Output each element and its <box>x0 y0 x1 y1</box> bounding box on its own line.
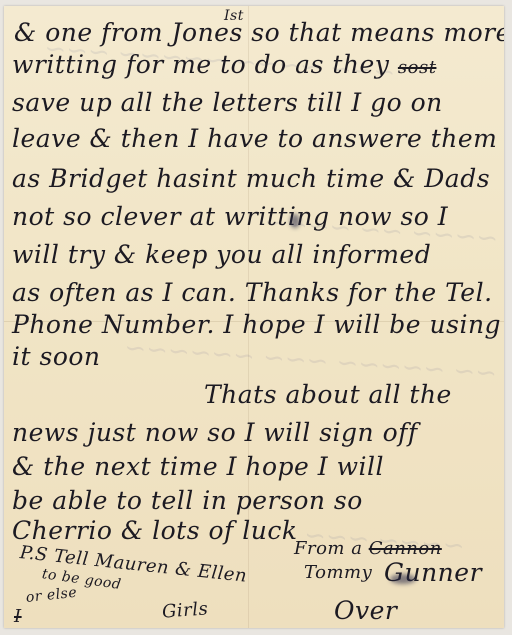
letter-line-9: Phone Number. I hope I will be using <box>12 310 501 339</box>
letter-line-2-text: writting for me to do as they <box>12 50 389 79</box>
over-note: Over <box>334 596 397 625</box>
signature-from: From a Cannon <box>294 538 442 559</box>
postscript-line-3: or else <box>25 585 78 606</box>
signature-struck-word: Cannon <box>369 538 442 559</box>
letter-line-2: writting for me to do as they sost <box>12 50 436 79</box>
signature-name: Tommy <box>304 562 372 583</box>
letter-line-13: & the next time I hope I will <box>12 452 384 481</box>
letter-line-10: it soon <box>12 342 101 371</box>
letter-page: ~~~ ~~~~ ~~~~~ ~~~ ~~~~ ~~ ~~~~ ~~ ~~~~~… <box>4 6 504 628</box>
letter-line-11: Thats about all the <box>204 380 452 409</box>
letter-line-1: & one from Jones so that means more <box>14 18 504 47</box>
ink-smudge <box>390 574 416 584</box>
ink-blot <box>290 214 300 228</box>
letter-line-3: save up all the letters till I go on <box>12 88 443 117</box>
letter-line-8: as often as I can. Thanks for the Tel. <box>12 278 493 307</box>
postscript-struck-mark: I <box>14 606 22 627</box>
letter-line-7: will try & keep you all informed <box>12 240 431 269</box>
letter-line-14: be able to tell in person so <box>12 486 363 515</box>
letter-line-5: as Bridget hasint much time & Dads <box>12 164 490 193</box>
letter-line-4: leave & then I have to answere them <box>12 124 497 153</box>
letter-line-6: not so clever at writting now so I <box>12 202 448 231</box>
letter-line-12: news just now so I will sign off <box>12 418 418 447</box>
struck-word: sost <box>398 57 437 78</box>
postscript-line-4: Girls <box>161 598 209 622</box>
signature-from-text: From a <box>294 538 362 559</box>
letter-line-15: Cherrio & lots of luck <box>12 516 298 545</box>
